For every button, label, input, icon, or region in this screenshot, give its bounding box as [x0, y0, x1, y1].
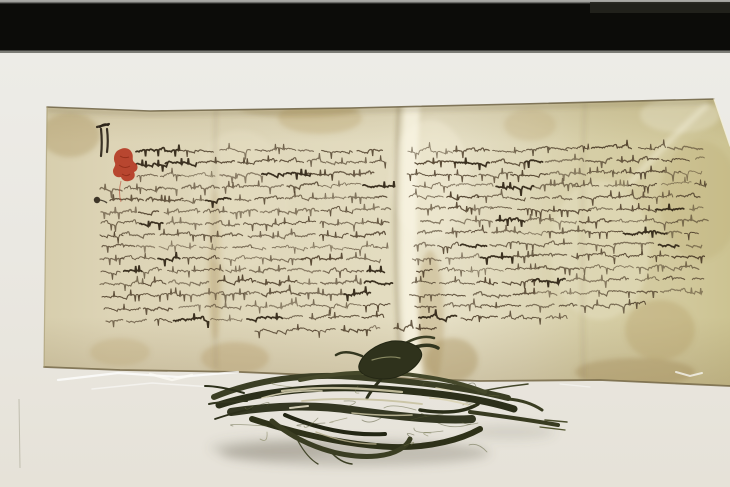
dark-initial-dot — [94, 197, 100, 203]
cord-strand — [470, 412, 558, 425]
cord-fiber — [424, 433, 431, 436]
mat-seam-line — [19, 399, 20, 468]
cord-fiber — [362, 418, 381, 422]
cord-strand — [478, 384, 528, 392]
cord-fiber — [407, 433, 414, 437]
scene-drawing — [0, 0, 730, 487]
cord-fiber — [330, 418, 347, 423]
museum-photo-parchment-charter — [0, 0, 730, 487]
cord-fiber — [384, 406, 416, 410]
cord-fiber — [414, 428, 443, 432]
